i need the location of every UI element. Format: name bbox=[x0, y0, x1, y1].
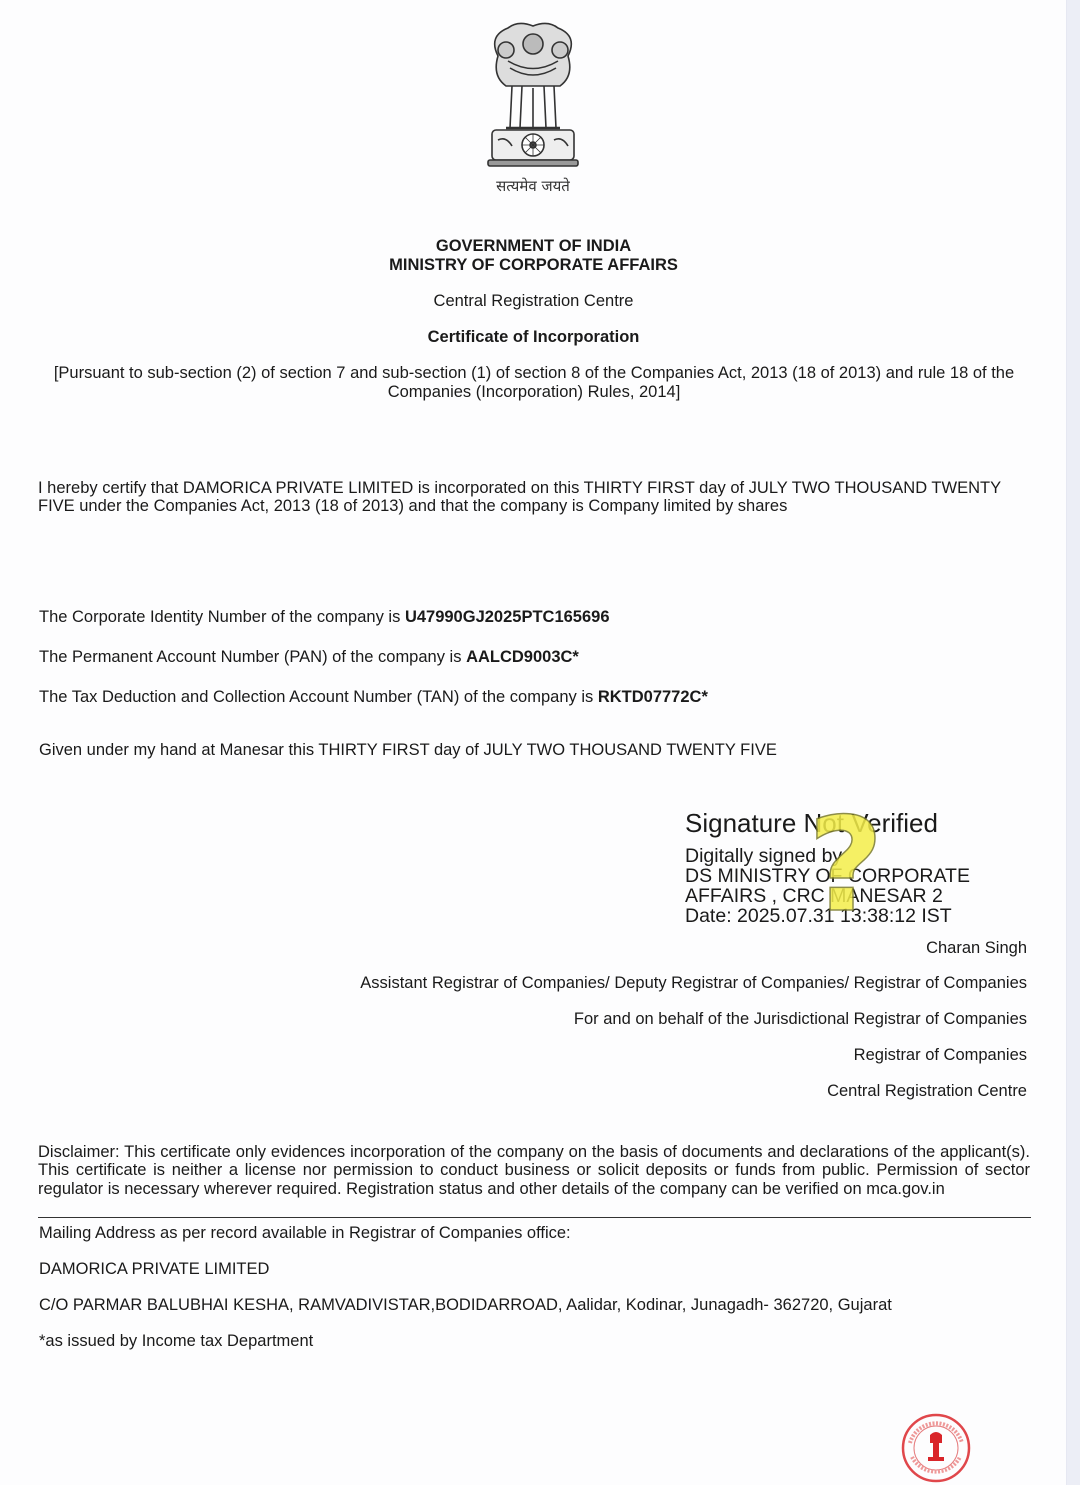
pan-tan-footnote: *as issued by Income tax Department bbox=[39, 1332, 313, 1351]
signatory-name: Charan Singh bbox=[926, 939, 1027, 958]
viewer-edge-strip bbox=[1066, 0, 1080, 1485]
national-emblem-icon bbox=[478, 16, 588, 186]
roc-seal-icon bbox=[898, 1413, 974, 1483]
signature-status: Signature Not Verified bbox=[685, 808, 970, 838]
crc-line: Central Registration Centre bbox=[827, 1082, 1027, 1101]
mailing-address-label: Mailing Address as per record available … bbox=[39, 1224, 571, 1243]
signer-name-line2: AFFAIRS , CRC MANESAR 2 bbox=[685, 886, 970, 906]
cin-line: The Corporate Identity Number of the com… bbox=[39, 608, 610, 627]
document-title: Certificate of Incorporation bbox=[0, 328, 1067, 347]
digital-signature-block[interactable]: Signature Not Verified Digitally signed … bbox=[685, 808, 970, 926]
signed-by-label: Digitally signed by bbox=[685, 846, 970, 866]
signatory-designation: Assistant Registrar of Companies/ Deputy… bbox=[360, 974, 1027, 993]
mailing-address: C/O PARMAR BALUBHAI KESHA, RAMVADIVISTAR… bbox=[39, 1296, 892, 1315]
tan-label: The Tax Deduction and Collection Account… bbox=[39, 688, 598, 706]
pan-line: The Permanent Account Number (PAN) of th… bbox=[39, 648, 579, 667]
pursuant-clause: [Pursuant to sub-section (2) of section … bbox=[40, 364, 1028, 401]
tan-line: The Tax Deduction and Collection Account… bbox=[39, 688, 708, 707]
given-under-hand: Given under my hand at Manesar this THIR… bbox=[39, 741, 777, 760]
cin-value: U47990GJ2025PTC165696 bbox=[405, 608, 610, 626]
heading-government-of-india: GOVERNMENT OF INDIA bbox=[0, 237, 1067, 256]
disclaimer: Disclaimer: This certificate only eviden… bbox=[38, 1143, 1030, 1198]
heading-ministry: MINISTRY OF CORPORATE AFFAIRS bbox=[0, 256, 1067, 275]
signature-date: Date: 2025.07.31 13:38:12 IST bbox=[685, 906, 970, 926]
cin-label: The Corporate Identity Number of the com… bbox=[39, 608, 405, 626]
national-motto: सत्यमेव जयते bbox=[470, 176, 596, 196]
on-behalf-line: For and on behalf of the Jurisdictional … bbox=[574, 1010, 1027, 1029]
pan-label: The Permanent Account Number (PAN) of th… bbox=[39, 648, 466, 666]
mailing-company-name: DAMORICA PRIVATE LIMITED bbox=[39, 1260, 269, 1279]
office-name: Central Registration Centre bbox=[0, 292, 1067, 311]
pan-value: AALCD9003C* bbox=[466, 648, 579, 666]
government-heading: GOVERNMENT OF INDIA MINISTRY OF CORPORAT… bbox=[0, 237, 1067, 275]
certification-statement: I hereby certify that DAMORICA PRIVATE L… bbox=[38, 480, 1033, 515]
signer-name-line1: DS MINISTRY OF CORPORATE bbox=[685, 866, 970, 886]
divider bbox=[38, 1217, 1031, 1218]
registrar-line: Registrar of Companies bbox=[854, 1046, 1027, 1065]
tan-value: RKTD07772C* bbox=[598, 688, 708, 706]
